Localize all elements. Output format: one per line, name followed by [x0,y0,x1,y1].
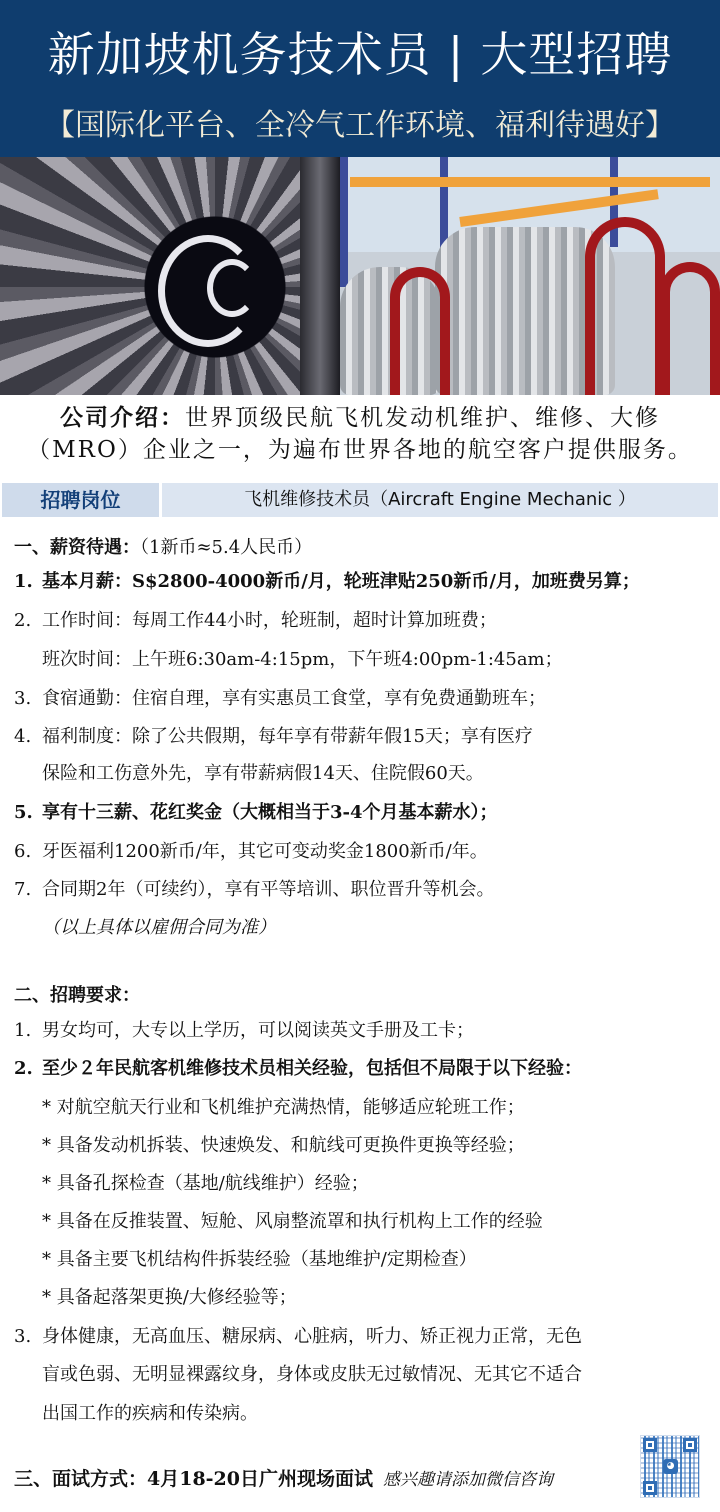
page-subtitle: 【国际化平台、全冷气工作环境、福利待遇好】 [0,106,720,146]
salary-item: 4.福利制度：除了公共假期，每年享有带薪年假15天；享有医疗 [14,724,533,750]
requirement-item-continuation: 盲或色弱、无明显裸露纹身，身体或皮肤无过敏情况、无其它不适合 [42,1362,582,1388]
requirement-item: 2.至少２年民航客机维修技术员相关经验，包括但不局限于以下经验： [14,1056,582,1082]
experience-bullet: * 具备起落架更换/大修经验等； [42,1285,297,1311]
crane-beam-decoration [350,177,710,187]
wechat-qr-code-icon[interactable]: ◕ [640,1435,700,1498]
requirement-item: 3.身体健康，无高血压、糖尿病、心脏病，听力、矫正视力正常，无色 [14,1324,582,1350]
spinner-ring-decoration [207,259,257,317]
salary-item: 3.食宿通勤：住宿自理，享有实惠员工食堂，享有免费通勤班车； [14,686,546,712]
interview-title: 三、面试方式： [14,1468,147,1490]
experience-bullet: * 具备发动机拆装、快速焕发、和航线可更换件更换等经验； [42,1133,525,1159]
salary-item: 2.工作时间：每周工作44小时，轮班制，超时计算加班费； [14,608,497,634]
qr-finder-icon [683,1438,697,1452]
experience-bullet: * 具备孔探检查（基地/航线维护）经验； [42,1171,369,1197]
position-table: 招聘岗位 飞机维修技术员（Aircraft Engine Mechanic ） [2,483,718,517]
exchange-rate-note: （1新币≈5.4人民币） [140,537,312,558]
contract-footnote: （以上具体以雇佣合同为准） [42,915,276,941]
company-intro: 公司介绍：世界顶级民航飞机发动机维护、维修、大修 （MRO）企业之一，为遍布世界… [0,402,720,466]
interview-section: 三、面试方式：4月18-20日广州现场面试感兴趣请添加微信咨询 [14,1465,553,1494]
hangar-engines-image [340,157,720,395]
position-label: 招聘岗位 [2,483,162,517]
salary-item: 1.基本月薪：S$2800-4000新币/月，轮班津贴250新币/月，加班费另算… [14,569,640,595]
requirement-item-continuation: 出国工作的疾病和传染病。 [42,1401,258,1427]
position-value: 飞机维修技术员（Aircraft Engine Mechanic ） [162,483,718,517]
qr-finder-icon [643,1438,657,1452]
salary-heading: 一、薪资待遇：（1新币≈5.4人民币） [14,535,312,561]
salary-item: 7.合同期2年（可续约），享有平等培训、职位晋升等机会。 [14,877,494,903]
qr-finder-icon [643,1481,657,1495]
requirements-title: 二、招聘要求： [14,983,140,1009]
experience-bullet: * 具备在反推装置、短舱、风扇整流罩和执行机构上工作的经验 [42,1209,543,1235]
intro-label: 公司介绍： [60,404,185,431]
engine-rim-decoration [300,157,340,395]
engine-stand-decoration [660,262,720,395]
salary-item-continuation: 保险和工伤意外先，享有带薪病假14天、住院假60天。 [42,761,484,787]
experience-bullet: * 具备主要飞机结构件拆装经验（基地维护/定期检查） [42,1247,477,1273]
engine-stand-decoration [390,267,450,395]
engine-fan-image [0,157,350,395]
salary-title: 一、薪资待遇： [14,537,140,558]
salary-item: 6.牙医福利1200新币/年，其它可变动奖金1800新币/年。 [14,839,488,865]
requirement-item: 1.男女均可，大专以上学历，可以阅读英文手册及工卡； [14,1018,474,1044]
contact-note: 感兴趣请添加微信咨询 [383,1470,553,1490]
header-banner: 新加坡机务技术员 | 大型招聘 【国际化平台、全冷气工作环境、福利待遇好】 [0,0,720,157]
experience-bullet: * 对航空航天行业和飞机维护充满热情，能够适应轮班工作； [42,1095,525,1121]
page-title: 新加坡机务技术员 | 大型招聘 [0,26,720,86]
salary-item-continuation: 班次时间：上午班6:30am-4:15pm，下午班4:00pm-1:45am； [42,647,563,673]
salary-item: 5.享有十三薪、花红奖金（大概相当于3-4个月基本薪水）； [14,800,498,826]
wechat-logo-icon: ◕ [663,1459,678,1474]
truss-decoration [340,157,348,287]
intro-line-2: （MRO）企业之一，为遍布世界各地的航空客户提供服务。 [0,434,720,466]
interview-details: 4月18-20日广州现场面试 [147,1468,373,1490]
hero-image [0,157,720,395]
intro-line-1: 世界顶级民航飞机发动机维护、维修、大修 [185,405,660,431]
engine-stand-decoration [585,217,665,395]
